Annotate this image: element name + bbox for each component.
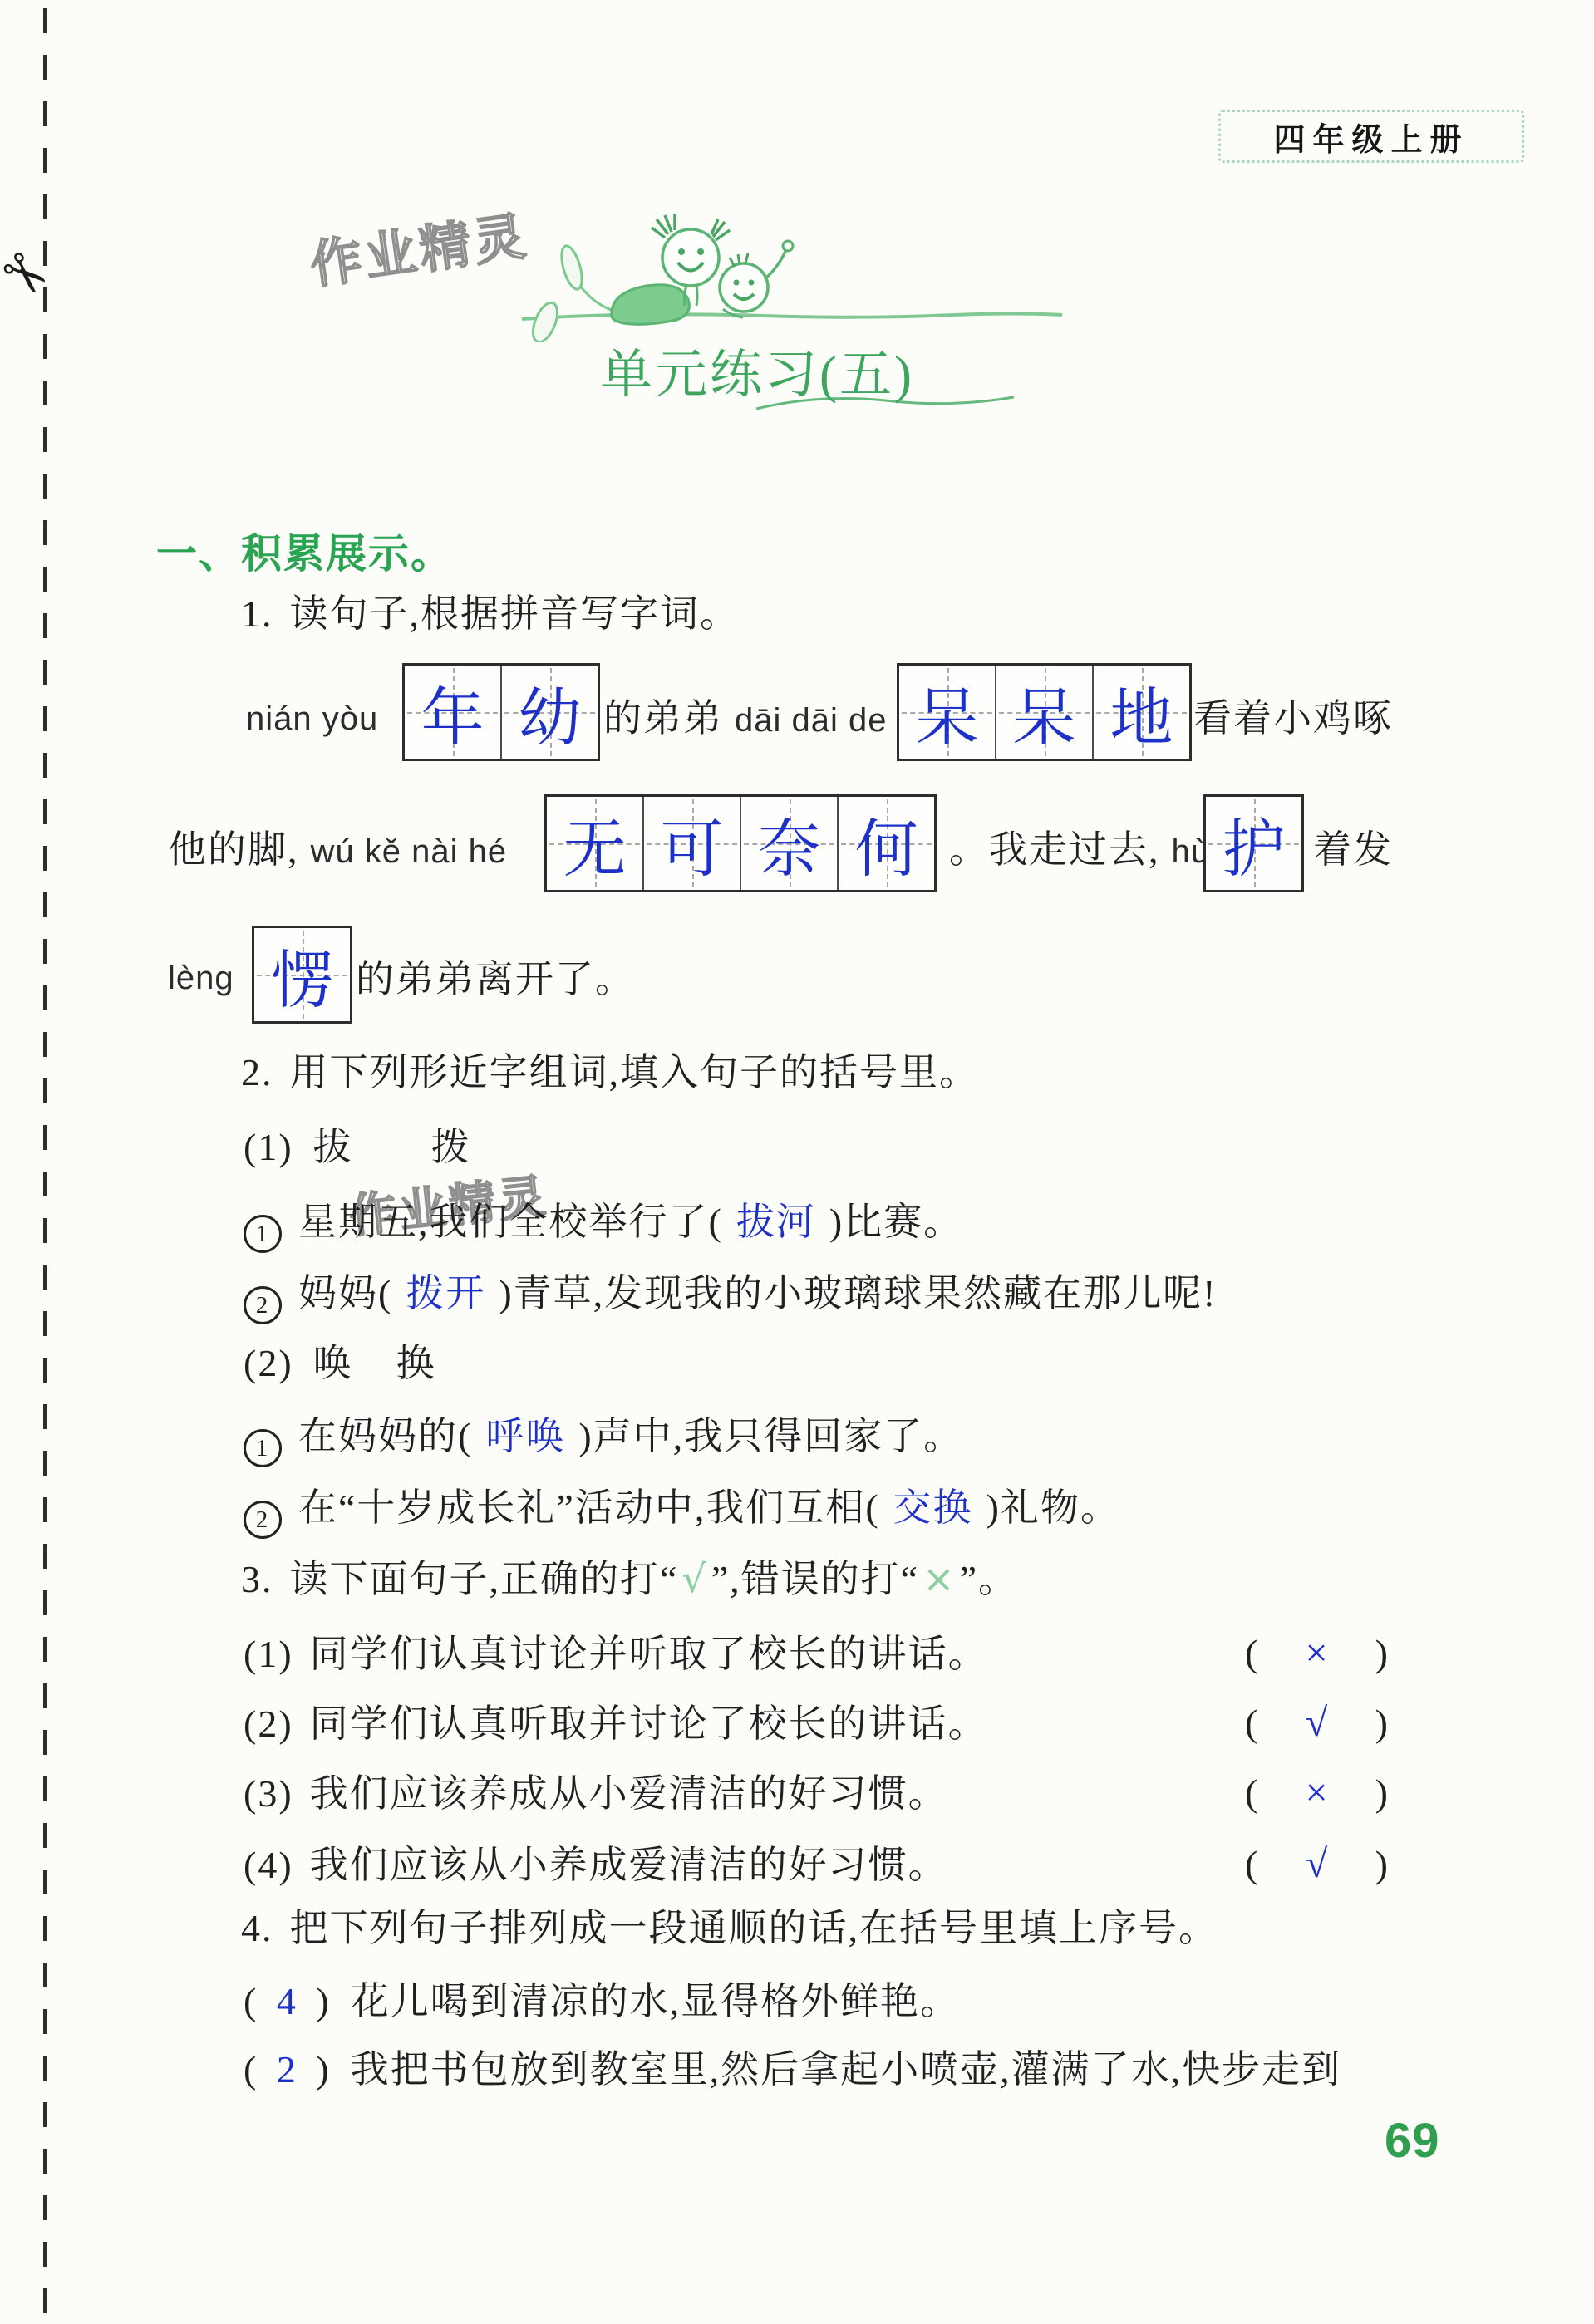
judge-mark: √ [1306,1841,1327,1887]
question-4-heading: 4.把下列句子排列成一段通顺的话,在括号里填上序号。 [241,1904,1218,1953]
judge-sentence: (1)同学们认真讨论并听取了校长的讲话。 [244,1630,988,1678]
sequence-answer: 4 [258,1978,316,2026]
answer-cell: 愣 [254,928,350,1021]
question-text: 读句子,根据拼音写字词。 [290,592,740,635]
question-2-heading: 2.用下列形近字组词,填入句子的括号里。 [241,1049,979,1097]
grade-badge: 四年级上册 [1218,110,1524,163]
judge-mark: √ [1306,1700,1327,1746]
question-number: 4. [241,1907,273,1949]
answer-char: 无 [563,798,627,889]
sentence-fragment: 着发 [1313,826,1393,874]
answer-cell: 护 [1206,797,1301,890]
sentence-fragment: 他的脚,wú kě nài hé [168,826,507,874]
inline-answer: 呼唤 [472,1415,578,1457]
judge-mark: × [1305,1770,1327,1815]
fill-sentence: 1在妈妈的(呼唤)声中,我只得回家了。 [244,1413,963,1467]
candidate-char: 拔 [313,1126,353,1168]
answer-char: 何 [855,798,918,889]
char-pair: (1)拔拨 [244,1123,471,1172]
circled-number: 1 [244,1429,282,1467]
watermark: 作业精灵 [305,194,533,298]
answer-char: 愣 [271,930,334,1020]
circled-number: 1 [244,1215,282,1253]
answer-cell: 奈 [741,797,839,890]
inline-answer: 拨开 [392,1272,499,1314]
answer-box: 护 [1203,794,1304,892]
judge-answer: (√) [1245,1841,1388,1887]
fill-sentence: 2在“十岁成长礼”活动中,我们互相(交换)礼物。 [244,1484,1120,1539]
order-sentence: (4)花儿喝到清凉的水,显得格外鲜艳。 [244,1978,960,2026]
answer-box: 愣 [252,926,352,1024]
judge-answer: (×) [1245,1770,1388,1815]
judge-answer: (√) [1245,1700,1388,1746]
question-text: 用下列形近字组词,填入句子的括号里。 [290,1051,980,1093]
answer-box: 年 幼 [402,663,600,761]
answer-cell: 呆 [996,666,1094,759]
answer-char: 地 [1110,667,1173,758]
question-1-heading: 1.读句子,根据拼音写字词。 [241,590,740,638]
answer-char: 幼 [519,667,582,758]
scissors-icon: ✂ [0,235,63,313]
answer-cell: 年 [405,666,502,759]
sentence-fragment: 看着小鸡啄 [1193,695,1393,743]
sentence-fragment: 的弟弟dāi dāi de [603,695,887,743]
cut-line [43,8,47,2324]
answer-box: 呆 呆 地 [897,663,1192,761]
answer-cell: 地 [1094,666,1189,759]
judge-sentence: (3)我们应该养成从小爱清洁的好习惯。 [244,1770,948,1818]
pinyin-label: wú kě nài hé [311,833,508,870]
question-number: 2. [241,1051,273,1093]
candidate-char: 换 [396,1342,436,1384]
sequence-answer: 2 [258,2046,316,2094]
worksheet-page: ✂ 四年级上册 作业精灵 单元练习(五) 一、积累展示。 1.读句子,根据拼音写… [0,0,1594,2324]
check-mark: √ [678,1556,711,1601]
answer-char: 年 [421,667,485,758]
fill-sentence: 1星期五,我们全校举行了(拔河)比赛。 [244,1198,963,1253]
answer-cell: 何 [839,797,934,890]
answer-cell: 幼 [502,666,598,759]
answer-char: 呆 [1013,667,1076,758]
question-text: 把下列句子排列成一段通顺的话,在括号里填上序号。 [290,1907,1219,1949]
answer-cell: 无 [547,797,644,890]
judge-answer: (×) [1245,1630,1388,1676]
judge-mark: × [1305,1630,1327,1676]
judge-sentence: (2)同学们认真听取并讨论了校长的讲话。 [244,1700,988,1748]
pinyin-label: lèng [168,957,234,999]
candidate-char: 拨 [431,1126,471,1168]
answer-char: 护 [1223,798,1286,889]
answer-box: 无 可 奈 何 [544,794,937,892]
section-heading: 一、积累展示。 [156,522,453,580]
question-number: 3. [241,1558,273,1600]
sentence-fragment: 。我走过去,hù [949,826,1210,874]
fill-sentence: 2妈妈(拨开)青草,发现我的小玻璃球果然藏在那儿呢! [244,1270,1217,1324]
sentence-fragment: 的弟弟离开了。 [356,956,635,1004]
char-pair: (2)唤换 [244,1339,436,1388]
circled-number: 2 [244,1501,282,1539]
inline-answer: 交换 [880,1486,986,1529]
question-number: 1. [241,592,273,635]
answer-char: 可 [661,798,724,889]
inline-answer: 拔河 [723,1201,829,1243]
pinyin-label: dāi dāi de [735,702,887,739]
grade-label: 四年级上册 [1273,114,1469,160]
candidate-char: 唤 [313,1342,353,1384]
answer-cell: 呆 [899,666,996,759]
page-title: 单元练习(五) [600,332,914,408]
order-sentence: (2)我把书包放到教室里,然后拿起小喷壶,灌满了水,快步走到 [244,2046,1341,2094]
answer-char: 呆 [916,667,979,758]
page-number: 69 [1385,2113,1440,2169]
answer-char: 奈 [758,798,821,889]
judge-sentence: (4)我们应该从小养成爱清洁的好习惯。 [244,1841,948,1889]
children-illustration [514,209,1069,342]
question-3-heading: 3.读下面句子,正确的打“√”,错误的打“×”。 [241,1555,1018,1604]
pinyin-label: nián yòu [246,698,378,739]
answer-cell: 可 [644,797,741,890]
cross-mark: × [919,1556,960,1601]
circled-number: 2 [244,1286,282,1324]
